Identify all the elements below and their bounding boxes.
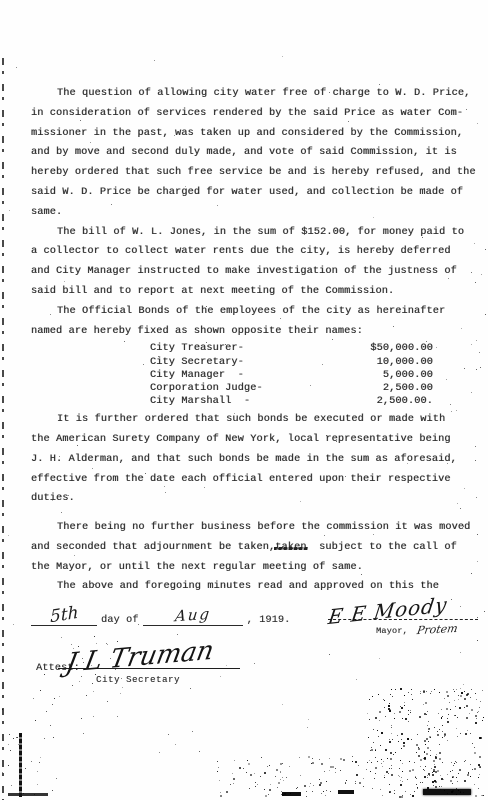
typed-line: hereby ordered that such free service be… — [31, 163, 481, 183]
typed-line: said bill and to report at next meeting … — [31, 282, 481, 302]
scan-artifact — [338, 790, 354, 794]
bond-row: City Secretary-10,000.00 — [31, 356, 481, 369]
approval-sentence: The above and foregoing minutes read and… — [31, 577, 481, 597]
year-text: , 1919. — [247, 615, 291, 626]
struck-out-word: taken — [275, 542, 306, 553]
typed-line: same. — [31, 203, 481, 223]
mayor-title-typed: Mayor, — [376, 626, 408, 636]
document-body: The question of allowing city water free… — [31, 84, 481, 578]
typed-line: It is further ordered that such bonds be… — [31, 410, 481, 430]
bond-row: City Treasurer-$50,000.00 — [31, 342, 481, 355]
mayor-signature-block: E E Moody Mayor, Protem — [328, 597, 480, 638]
typed-line: the Mayor, or until the next regular mee… — [31, 558, 481, 578]
typed-line: and City Manager instructed to make inve… — [31, 262, 481, 282]
mayor-title-handwritten: Protem — [416, 622, 459, 637]
paragraph: The bill of W. L. Jones, in the sum of $… — [31, 223, 481, 302]
typed-line: named are hereby fixed as shown opposite… — [31, 322, 481, 342]
handwritten-day: 5th — [50, 605, 79, 624]
secretary-signature-block: J L Truman City Secretary — [58, 641, 248, 687]
typed-line: effective from the date each official en… — [31, 470, 481, 490]
bond-office: City Secretary- — [150, 356, 244, 369]
bond-amount: $50,000.00 — [347, 342, 433, 355]
page-edge-artifact — [2, 58, 4, 800]
typed-line: and seconded that adjournment be taken,t… — [31, 538, 481, 558]
typed-line: The bill of W. L. Jones, in the sum of $… — [31, 223, 481, 243]
typed-line: missioner in the past, was taken up and … — [31, 124, 481, 144]
day-blank-line: 5th — [31, 607, 97, 626]
typed-line: The Official Bonds of the employees of t… — [31, 302, 481, 322]
bond-office: City Treasurer- — [150, 342, 244, 355]
bond-schedule: City Treasurer-$50,000.00City Secretary-… — [31, 342, 481, 408]
paragraph: It is further ordered that such bonds be… — [31, 410, 481, 509]
month-blank-line: Aug — [143, 607, 243, 626]
bond-row: Corporation Judge-2,500.00 — [31, 382, 481, 395]
handwritten-month: Aug — [174, 607, 211, 623]
typed-line: in consideration of services rendered by… — [31, 104, 481, 124]
bond-amount: 10,000.00 — [347, 356, 433, 369]
typed-line: duties. — [31, 489, 481, 509]
typed-line: The question of allowing city water free… — [31, 84, 481, 104]
bond-row: City Manager -5,000.00 — [31, 369, 481, 382]
typed-line: J. H. Alderman, and that such bonds be m… — [31, 450, 481, 470]
day-of-text: day of — [101, 615, 139, 626]
bond-office: City Manager - — [150, 369, 244, 382]
bond-office: City Marshall - — [150, 395, 250, 408]
typed-line: a collector to collect water rents due t… — [31, 242, 481, 262]
typed-line: said W. D. Price be charged for water us… — [31, 183, 481, 203]
typed-line: the American Surety Company of New York,… — [31, 430, 481, 450]
paragraph: There being no further business before t… — [31, 518, 481, 577]
bond-amount: 2,500.00. — [347, 395, 433, 408]
paragraph: The question of allowing city water free… — [31, 84, 481, 223]
page-edge-artifact — [19, 733, 22, 797]
bond-amount: 2,500.00 — [347, 382, 433, 395]
scanned-document-page: The question of allowing city water free… — [0, 0, 488, 800]
scan-artifact — [8, 793, 48, 796]
paragraph: The Official Bonds of the employees of t… — [31, 302, 481, 342]
typed-line: There being no further business before t… — [31, 518, 481, 538]
bond-amount: 5,000.00 — [347, 369, 433, 382]
typed-line: and by move and second duly made, and vo… — [31, 143, 481, 163]
bond-office: Corporation Judge- — [150, 382, 263, 395]
bond-row: City Marshall -2,500.00. — [31, 395, 481, 408]
